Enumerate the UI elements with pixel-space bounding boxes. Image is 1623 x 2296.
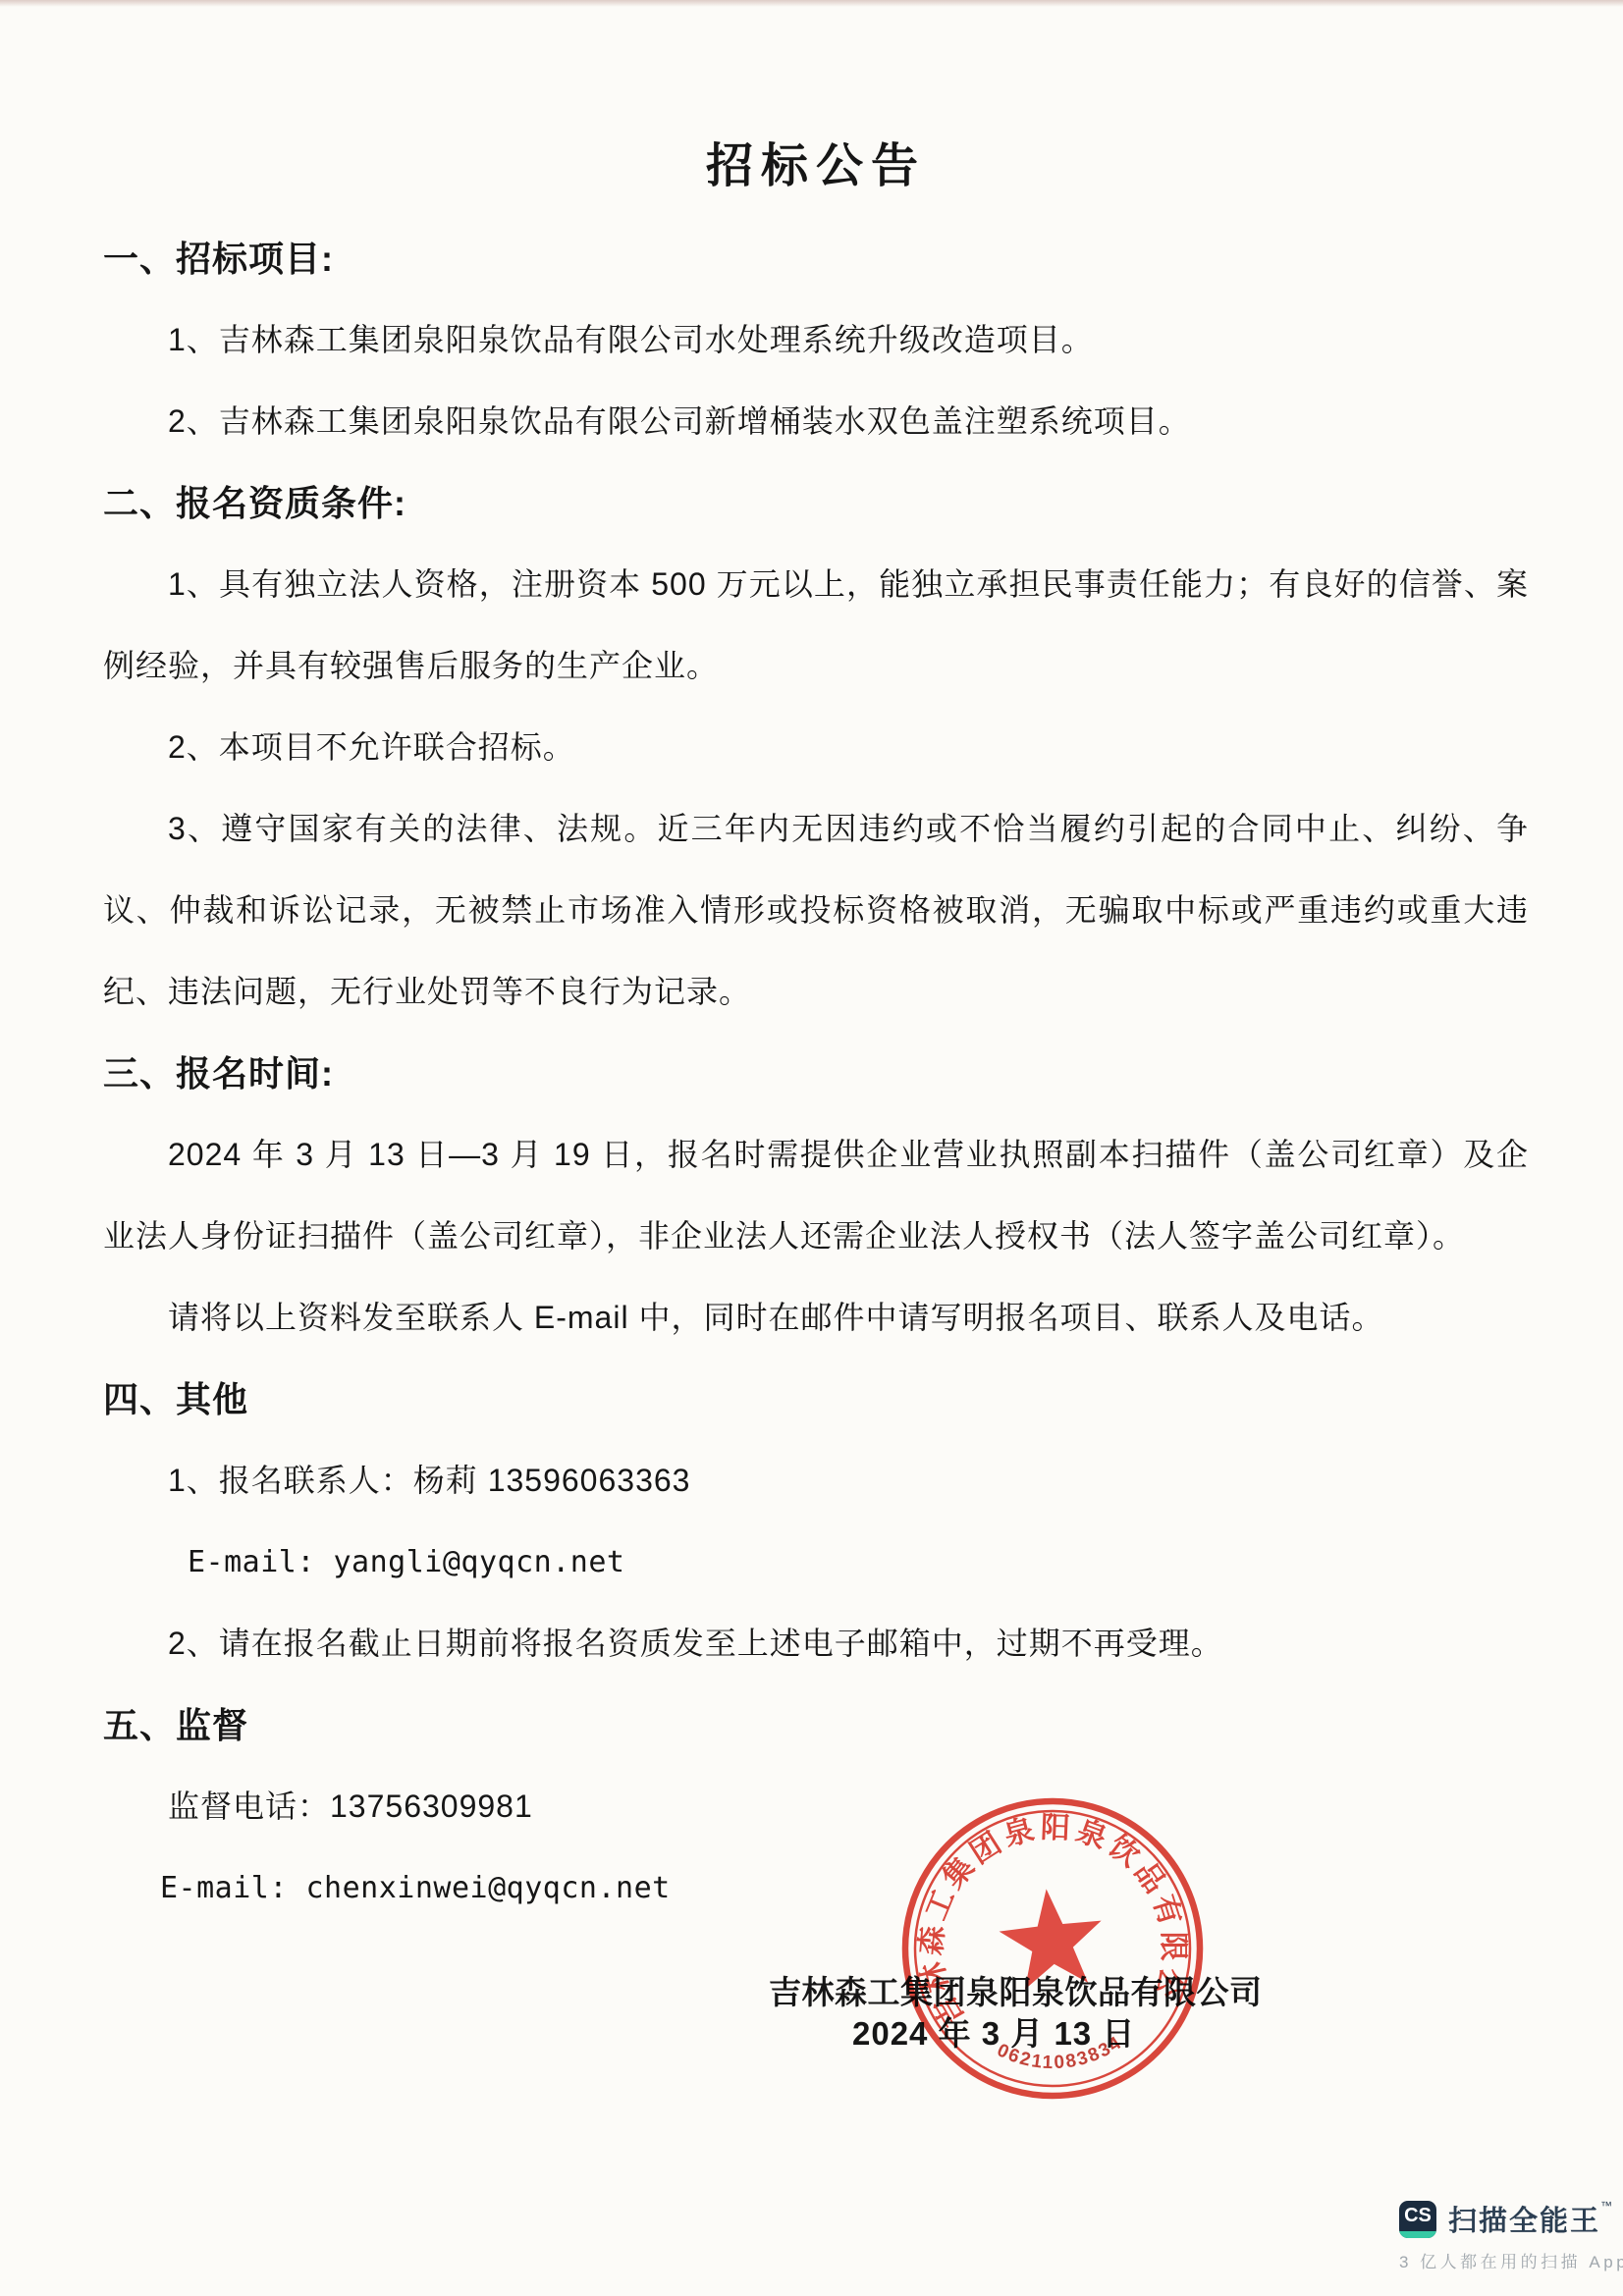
camscanner-app-name-wrap: 扫描全能王™ [1448, 2199, 1614, 2239]
qualification-item-1: 1、具有独立法人资格，注册资本 500 万元以上，能独立承担民事责任能力；有良好… [103, 544, 1529, 707]
supervision-email-line: E-mail: chenxinwei@qyqcn.net [103, 1847, 1529, 1929]
seal-company-ring-text: 吉林森工集团泉阳泉饮品有限公司 [881, 1777, 1197, 2038]
trademark-symbol: ™ [1600, 2199, 1614, 2213]
deadline-note: 2、请在报名截止日期前将报名资质发至上述电子邮箱中，过期不再受理。 [103, 1603, 1529, 1684]
camscanner-cs-monogram: CS [1399, 2201, 1436, 2231]
registration-time-paragraph: 2024 年 3 月 13 日—3 月 19 日，报名时需提供企业营业执照副本扫… [103, 1114, 1529, 1277]
scan-edge-shadow [0, 0, 1623, 7]
contact-person-line: 1、报名联系人：杨莉 13596063363 [103, 1440, 1529, 1522]
camscanner-watermark: CS 扫描全能王™ 3 亿人都在用的扫描 App [1399, 2199, 1607, 2272]
qualification-item-2: 2、本项目不允许联合招标。 [103, 707, 1529, 788]
seal-serial-number: 06211083834 [992, 2027, 1128, 2080]
tender-project-item-1: 1、吉林森工集团泉阳泉饮品有限公司水处理系统升级改造项目。 [103, 299, 1529, 381]
section-heading-1: 一、招标项目: [103, 218, 1529, 299]
section-heading-2: 二、报名资质条件: [103, 462, 1529, 544]
camscanner-logo-row: CS 扫描全能王™ [1399, 2199, 1607, 2239]
seal-serial-container: 06211083834 [992, 2027, 1128, 2080]
camscanner-tagline: 3 亿人都在用的扫描 App [1399, 2248, 1607, 2272]
camscanner-icon-accent-strip [1399, 2231, 1436, 2238]
company-seal: 吉林森工集团泉阳泉饮品有限公司 06211083834 [881, 1777, 1223, 2119]
section-heading-3: 三、报名时间: [103, 1033, 1529, 1114]
seal-ring-text-container: 吉林森工集团泉阳泉饮品有限公司 [881, 1777, 1197, 2038]
contact-email-line: E-mail: yangli@qyqcn.net [103, 1522, 1529, 1603]
section-heading-4: 四、其他 [103, 1359, 1529, 1440]
document-content: 招标公告 一、招标项目: 1、吉林森工集团泉阳泉饮品有限公司水处理系统升级改造项… [103, 116, 1529, 1929]
seal-star-icon [996, 1884, 1108, 1992]
scanned-document-page: 招标公告 一、招标项目: 1、吉林森工集团泉阳泉饮品有限公司水处理系统升级改造项… [0, 0, 1623, 2296]
camscanner-app-name: 扫描全能王 [1448, 2206, 1600, 2237]
supervision-phone-line: 监督电话：13756309981 [103, 1766, 1529, 1847]
document-title: 招标公告 [103, 116, 1529, 218]
qualification-item-3: 3、遵守国家有关的法律、法规。近三年内无因违约或不恰当履约引起的合同中止、纠纷、… [103, 788, 1529, 1033]
section-heading-5: 五、监督 [103, 1684, 1529, 1766]
submission-instruction: 请将以上资料发至联系人 E-mail 中，同时在邮件中请写明报名项目、联系人及电… [103, 1277, 1529, 1359]
camscanner-logo-icon: CS [1399, 2201, 1436, 2238]
tender-project-item-2: 2、吉林森工集团泉阳泉饮品有限公司新增桶装水双色盖注塑系统项目。 [103, 381, 1529, 462]
